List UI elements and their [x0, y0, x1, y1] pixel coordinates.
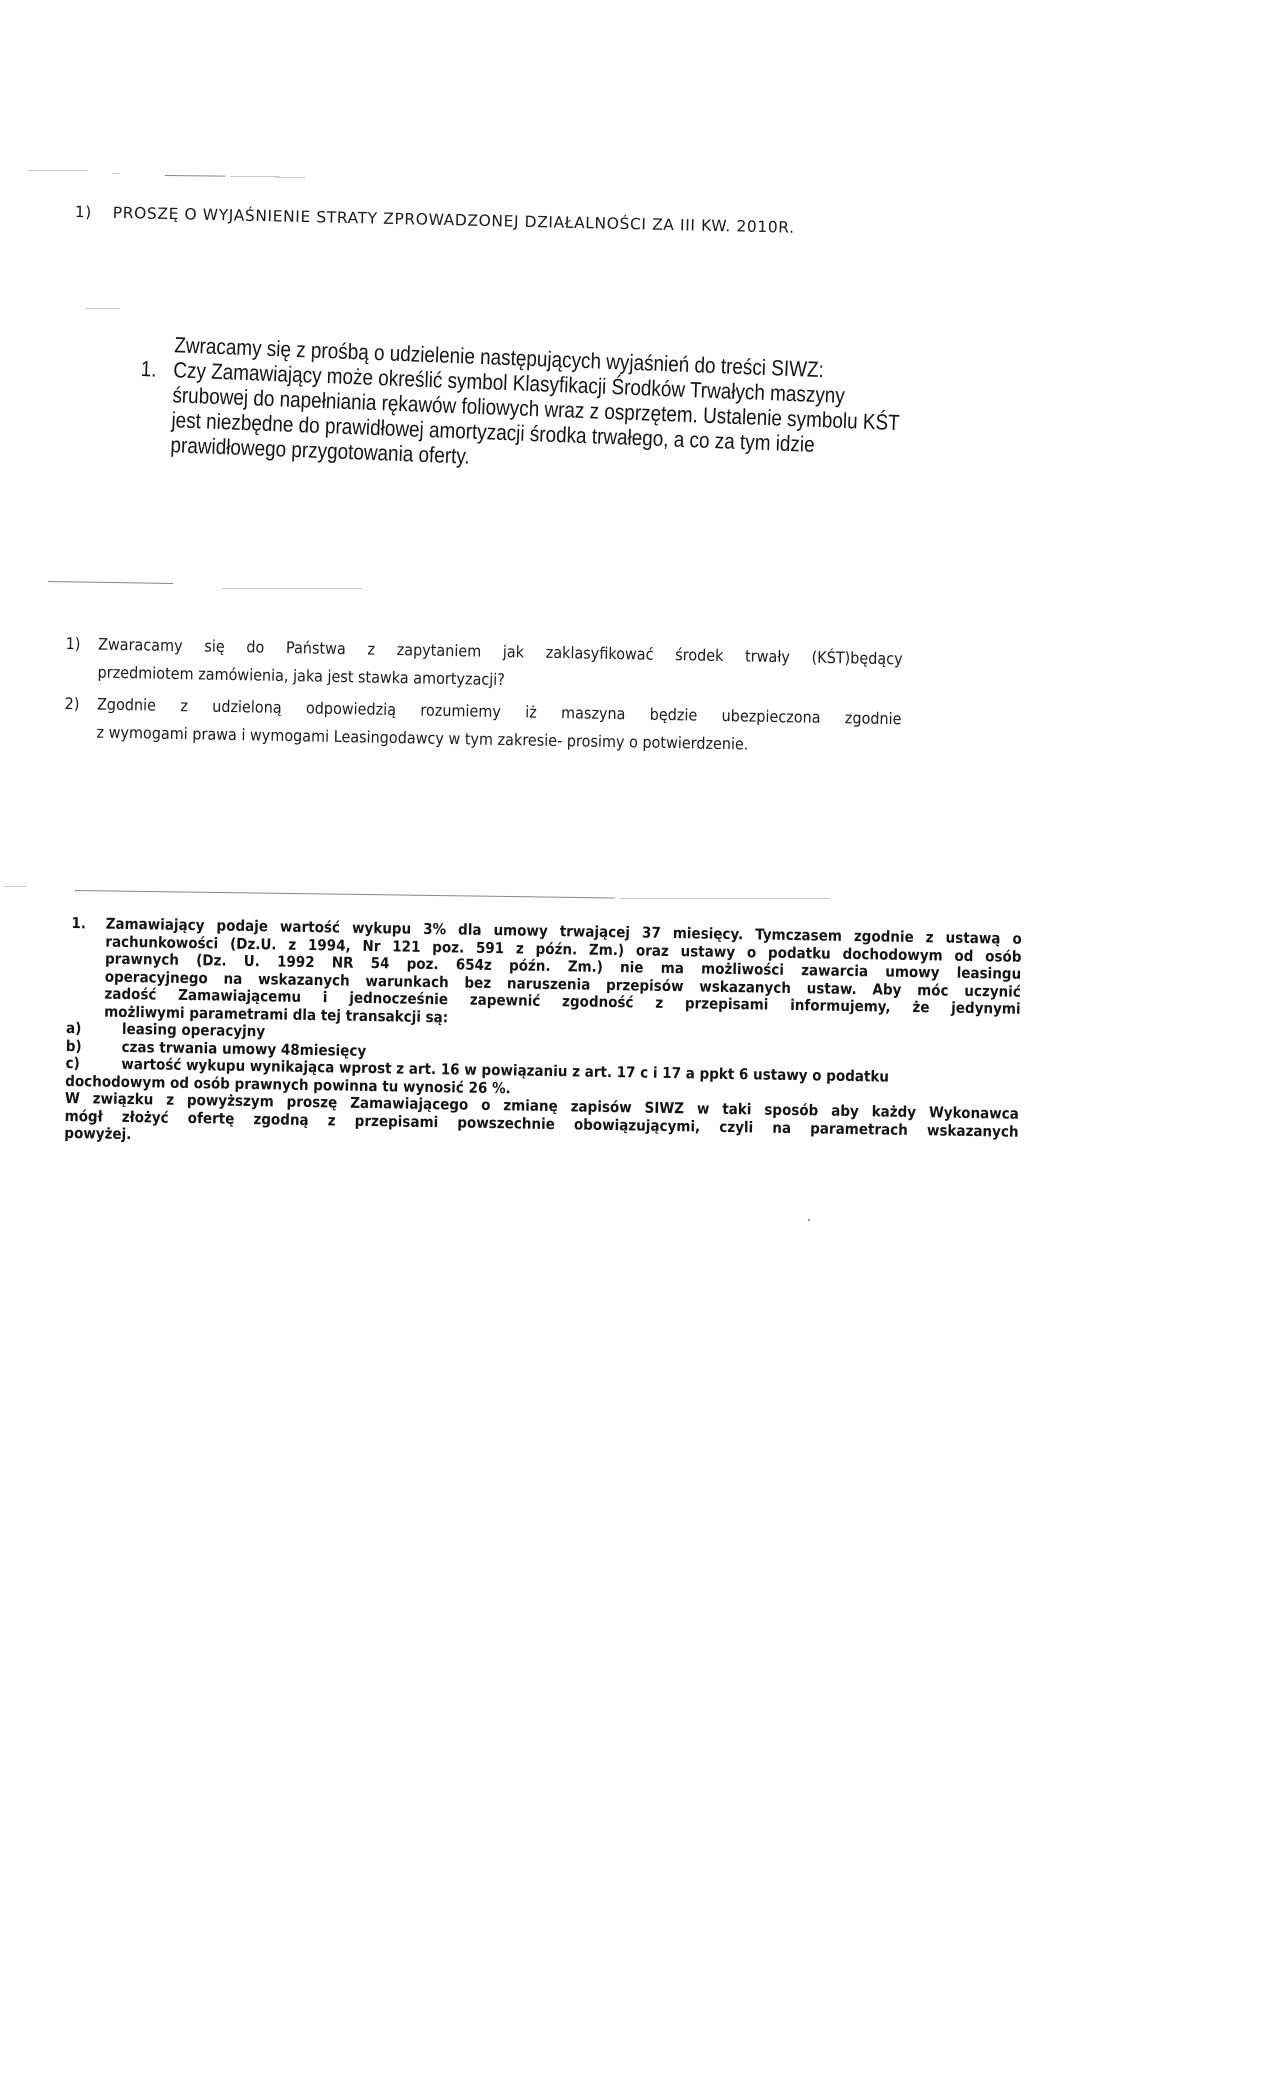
- separator-line: [222, 588, 362, 589]
- question-section-1: 1)PROSZĘ O WYJAŚNIENIE STRATY ZPROWADZON…: [75, 203, 975, 241]
- item-number: 1.: [140, 356, 157, 382]
- item-number: 2): [64, 690, 79, 718]
- separator-line: [165, 175, 225, 177]
- item-number: 1.: [71, 915, 86, 933]
- sub-item-label: b): [66, 1037, 82, 1055]
- sub-item-label: a): [66, 1020, 82, 1038]
- numbered-item: 2) Zgodnie z udzieloną odpowiedzią rozum…: [64, 690, 902, 761]
- separator-line: [275, 177, 305, 178]
- question-section-4: 1. Zamawiający podaje wartość wykupu 3% …: [64, 915, 1022, 1158]
- separator-line: [48, 581, 173, 584]
- separator-line: [4, 886, 26, 887]
- separator-line: [620, 898, 830, 899]
- separator-line: [85, 308, 120, 309]
- item-number: 1): [65, 630, 80, 658]
- sub-item-label: c): [65, 1055, 121, 1073]
- separator-line: [230, 176, 280, 177]
- numbered-item: 1. Zamawiający podaje wartość wykupu 3% …: [66, 915, 1022, 1036]
- separator-line: [112, 173, 120, 174]
- numbered-item: 1) Zwaracamy się do Państwa z zapytaniem…: [65, 630, 903, 701]
- item-number: 1): [75, 203, 113, 222]
- question-section-3: 1) Zwaracamy się do Państwa z zapytaniem…: [64, 630, 903, 765]
- scan-speck: [808, 1219, 810, 1221]
- question-text: PROSZĘ O WYJAŚNIENIE STRATY ZPROWADZONEJ…: [113, 204, 795, 237]
- question-section-2: Zwracamy się z prośbą o udzielenie nastę…: [163, 332, 941, 487]
- separator-line: [28, 170, 88, 171]
- separator-line: [75, 890, 615, 899]
